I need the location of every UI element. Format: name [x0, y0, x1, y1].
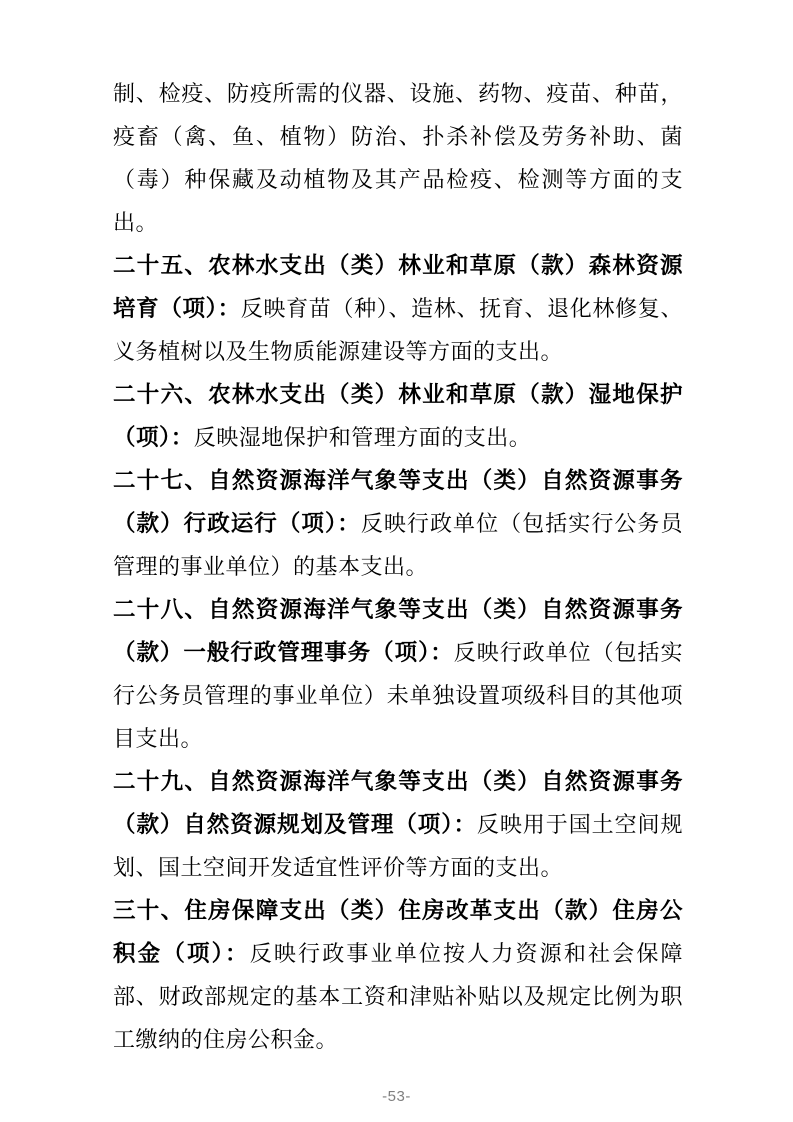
paragraph-continuation: 制、检疫、防疫所需的仪器、设施、药物、疫苗、种苗，疫畜（禽、鱼、植物）防治、扑杀…: [113, 72, 683, 244]
document-content: 制、检疫、防疫所需的仪器、设施、药物、疫苗、种苗，疫畜（禽、鱼、植物）防治、扑杀…: [113, 72, 683, 1061]
document-page: 制、检疫、防疫所需的仪器、设施、药物、疫苗、种苗，疫畜（禽、鱼、植物）防治、扑杀…: [0, 0, 793, 1122]
page-footer: -53-: [0, 1088, 793, 1106]
page-number: -53-: [382, 1088, 411, 1105]
paragraph-clause-28: 二十八、自然资源海洋气象等支出（类）自然资源事务（款）一般行政管理事务（项）：反…: [113, 588, 683, 760]
paragraph-clause-30: 三十、住房保障支出（类）住房改革支出（款）住房公积金（项）：反映行政事业单位按人…: [113, 889, 683, 1061]
clause-body: 反映湿地保护和管理方面的支出。: [194, 425, 532, 450]
paragraph-clause-26: 二十六、农林水支出（类）林业和草原（款）湿地保护（项）：反映湿地保护和管理方面的…: [113, 373, 683, 459]
clause-body: 制、检疫、防疫所需的仪器、设施、药物、疫苗、种苗，疫畜（禽、鱼、植物）防治、扑杀…: [113, 81, 683, 235]
paragraph-clause-27: 二十七、自然资源海洋气象等支出（类）自然资源事务（款）行政运行（项）：反映行政单…: [113, 459, 683, 588]
paragraph-clause-25: 二十五、农林水支出（类）林业和草原（款）森林资源培育（项）：反映育苗（种）、造林…: [113, 244, 683, 373]
paragraph-clause-29: 二十九、自然资源海洋气象等支出（类）自然资源事务（款）自然资源规划及管理（项）：…: [113, 760, 683, 889]
